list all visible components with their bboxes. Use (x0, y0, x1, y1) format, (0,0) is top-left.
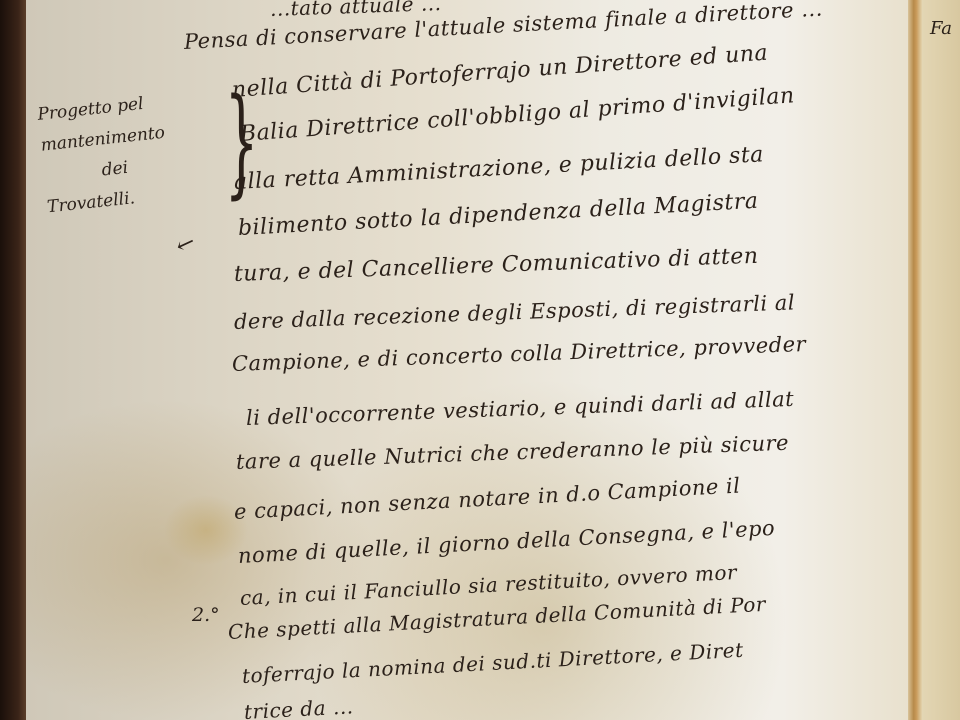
item-number: 2.° (192, 604, 220, 626)
text-line: trice da ... (243, 694, 354, 720)
page-edge (908, 0, 922, 720)
margin-note: Progetto pel mantenimento dei Trovatelli… (36, 82, 218, 223)
next-page-fragment: Fa (930, 18, 952, 39)
next-page-strip (922, 0, 960, 720)
book-binding (0, 0, 26, 720)
